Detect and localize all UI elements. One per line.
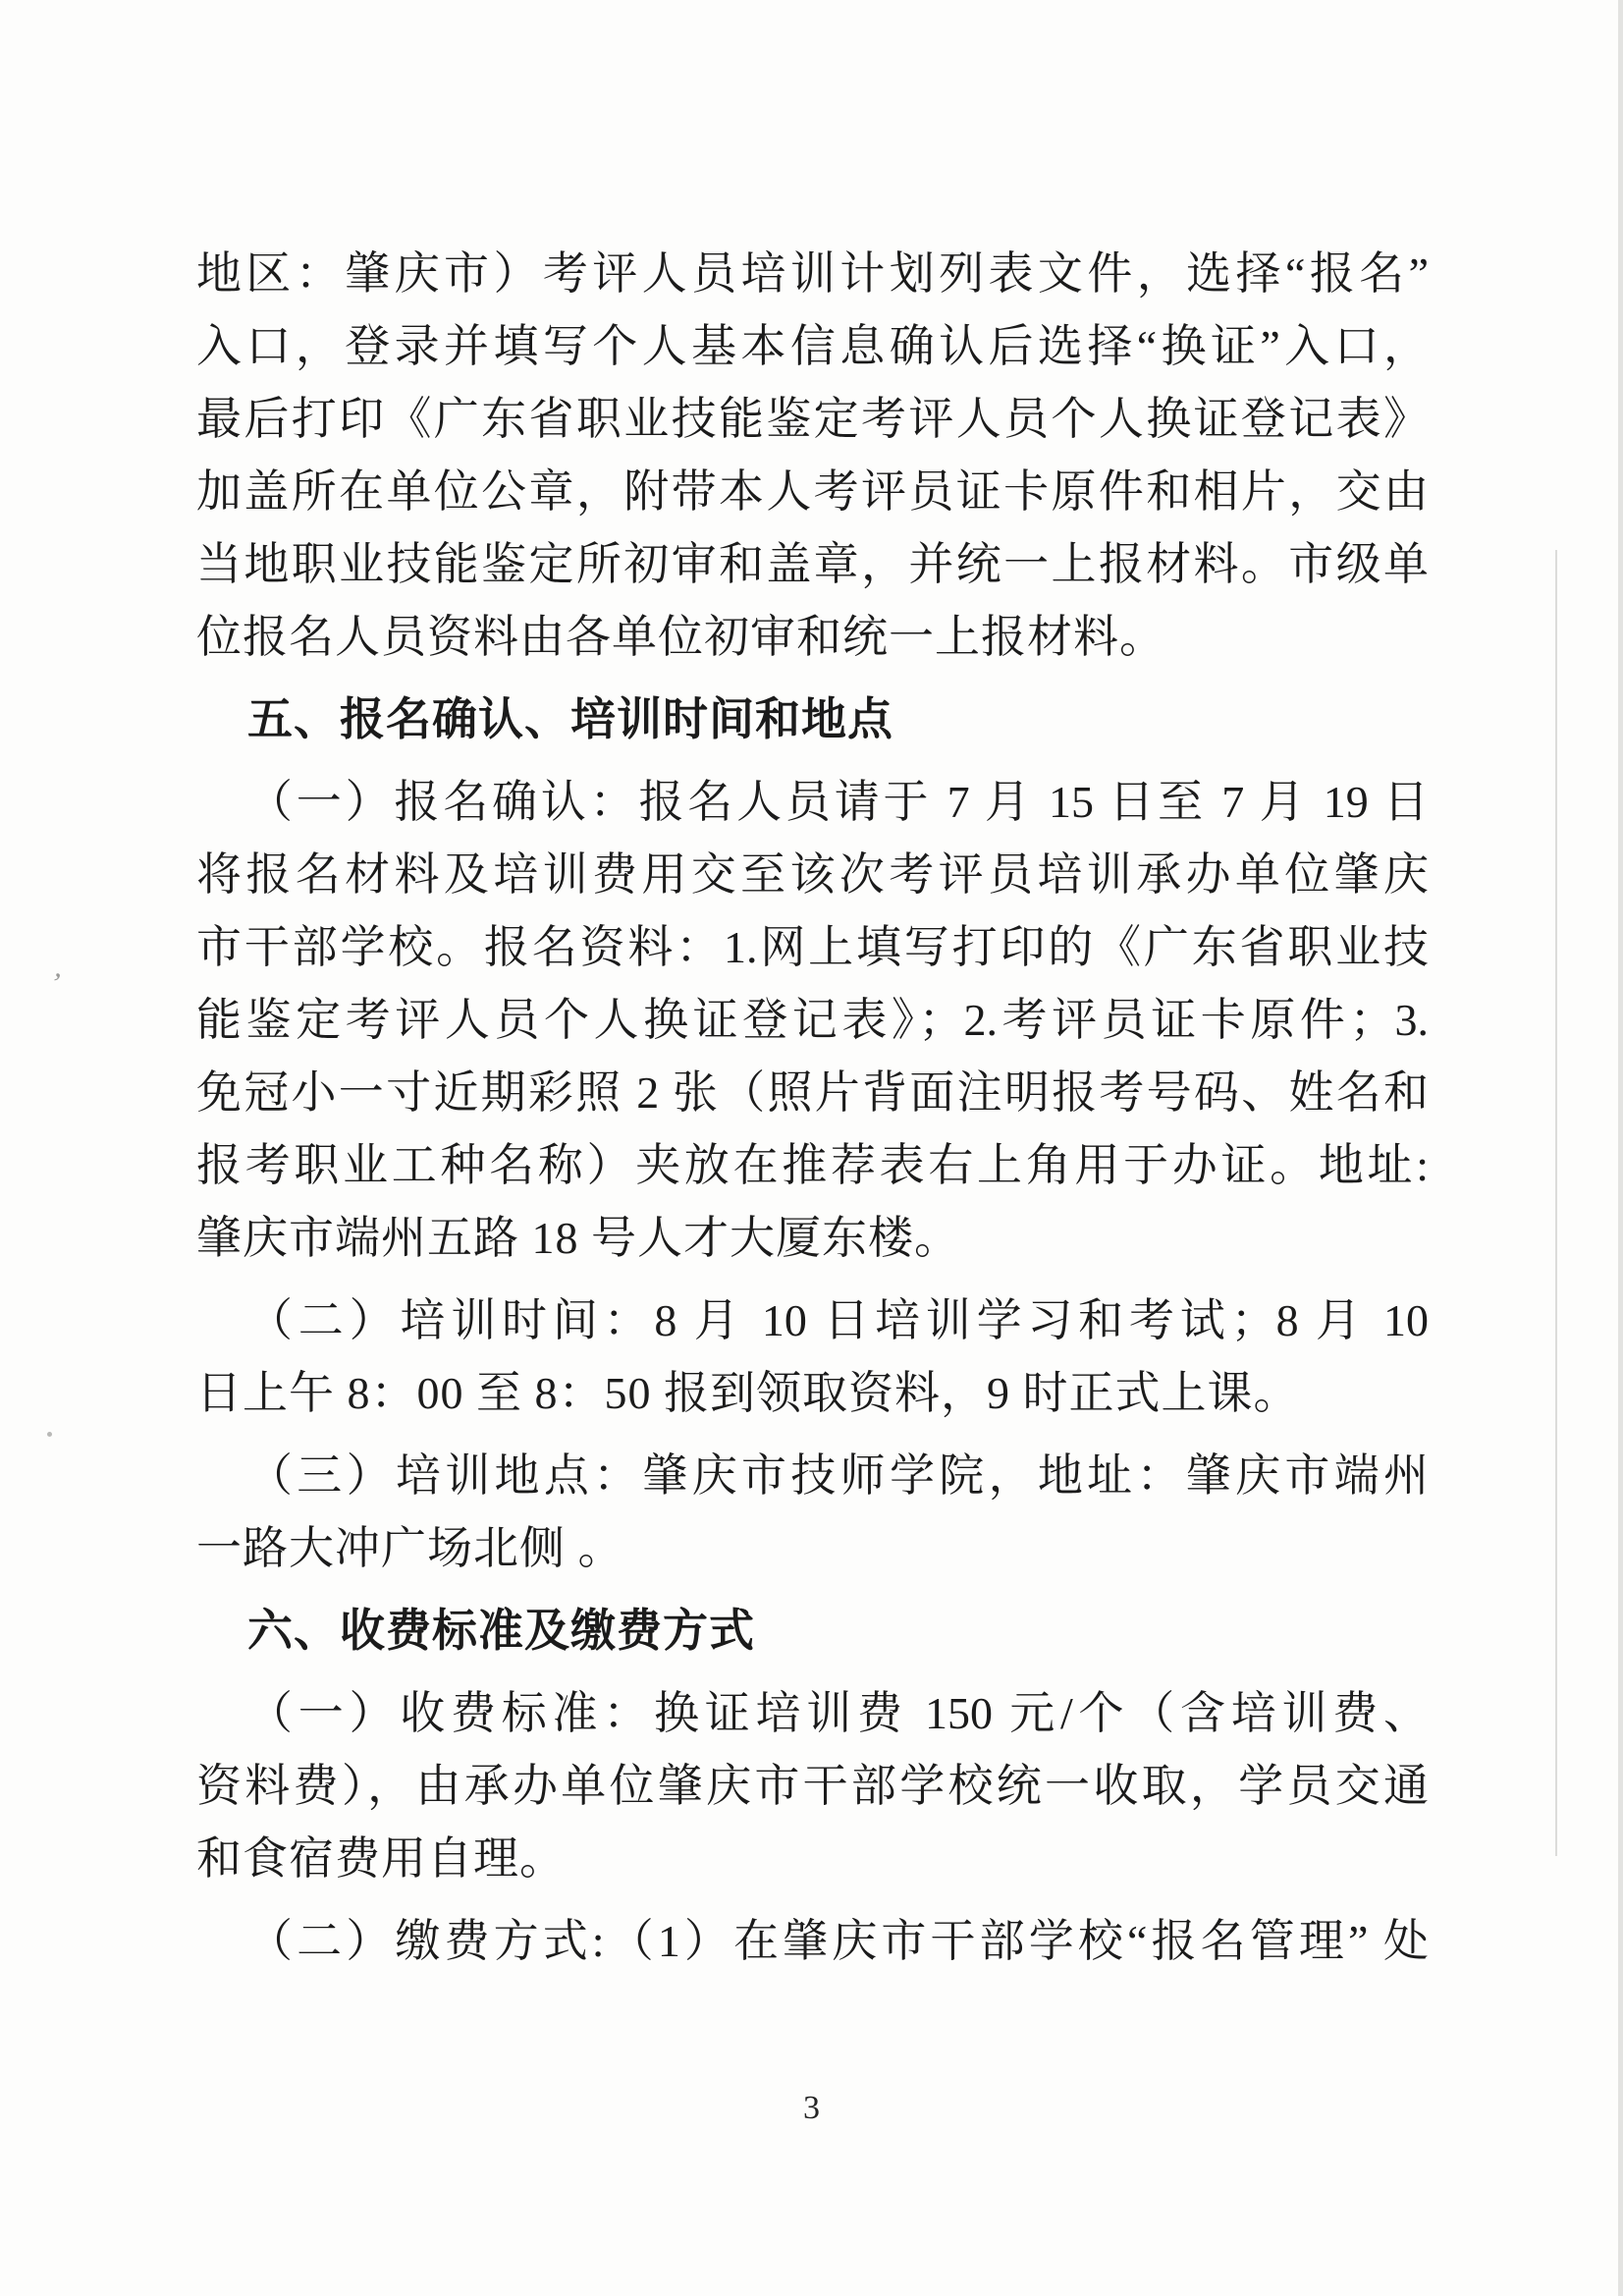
document-page: 地区：肇庆市）考评人员培训计划列表文件，选择“报名”入口，登录并填写个人基本信息… [0,0,1623,2296]
paragraph: （一）收费标准：换证培训费 150 元/个（含培训费、资料费），由承办单位肇庆市… [196,1677,1429,1895]
text-line: 五、报名确认、培训时间和地点 [196,683,1429,756]
text-line: 加盖所在单位公章，附带本人考评员证卡原件和相片，交由 [196,456,1429,528]
text-line: 六、收费标准及缴费方式 [196,1595,1429,1667]
text-line: （一）报名确认：报名人员请于 7 月 15 日至 7 月 19 日 [196,766,1429,839]
section-heading: 五、报名确认、培训时间和地点 [196,683,1429,756]
text-line: 和食宿费用自理。 [196,1823,1429,1895]
text-line: 市干部学校。报名资料：1.网上填写打印的《广东省职业技 [196,911,1429,984]
paragraph: （二）缴费方式:（1）在肇庆市干部学校“报名管理” 处 [196,1905,1429,1978]
text-line: 资料费），由承办单位肇庆市干部学校统一收取，学员交通 [196,1750,1429,1823]
text-line: （二）缴费方式:（1）在肇庆市干部学校“报名管理” 处 [196,1905,1429,1978]
text-line: 当地职业技能鉴定所初审和盖章，并统一上报材料。市级单 [196,528,1429,601]
document-text: 地区：肇庆市）考评人员培训计划列表文件，选择“报名”入口，登录并填写个人基本信息… [196,238,1429,1978]
text-line: 最后打印《广东省职业技能鉴定考评人员个人换证登记表》 [196,383,1429,456]
text-line: 肇庆市端州五路 18 号人才大厦东楼。 [196,1202,1429,1275]
scan-artifact-edge-line [1555,550,1557,1856]
text-line: 将报名材料及培训费用交至该次考评员培训承办单位肇庆 [196,839,1429,911]
text-line: 能鉴定考评人员个人换证登记表》；2.考评员证卡原件；3. [196,984,1429,1057]
paragraph: （三）培训地点：肇庆市技师学院，地址：肇庆市端州一路大冲广场北侧 。 [196,1440,1429,1585]
text-line: 免冠小一寸近期彩照 2 张（照片背面注明报考号码、姓名和 [196,1057,1429,1129]
section-heading: 六、收费标准及缴费方式 [196,1595,1429,1667]
text-line: 位报名人员资料由各单位初审和统一上报材料。 [196,601,1429,674]
text-line: 一路大冲广场北侧 。 [196,1512,1429,1585]
page-number: 3 [0,2090,1623,2127]
text-line: 报考职业工种名称）夹放在推荐表右上角用于办证。地址: [196,1129,1429,1202]
scan-artifact-mark: ’ [48,966,65,1001]
text-line: （一）收费标准：换证培训费 150 元/个（含培训费、 [196,1677,1429,1750]
text-line: 地区：肇庆市）考评人员培训计划列表文件，选择“报名” [196,238,1429,310]
scan-artifact-dot [47,1432,52,1437]
paragraph: （二）培训时间：8 月 10 日培训学习和考试；8 月 10日上午 8：00 至… [196,1285,1429,1430]
text-line: 入口，登录并填写个人基本信息确认后选择“换证”入口， [196,310,1429,383]
paragraph: （一）报名确认：报名人员请于 7 月 15 日至 7 月 19 日将报名材料及培… [196,766,1429,1275]
paragraph: 地区：肇庆市）考评人员培训计划列表文件，选择“报名”入口，登录并填写个人基本信息… [196,238,1429,674]
text-line: 日上午 8：00 至 8：50 报到领取资料，9 时正式上课。 [196,1357,1429,1430]
text-line: （三）培训地点：肇庆市技师学院，地址：肇庆市端州 [196,1440,1429,1512]
scan-edge-shadow [1618,0,1623,2296]
text-line: （二）培训时间：8 月 10 日培训学习和考试；8 月 10 [196,1285,1429,1357]
